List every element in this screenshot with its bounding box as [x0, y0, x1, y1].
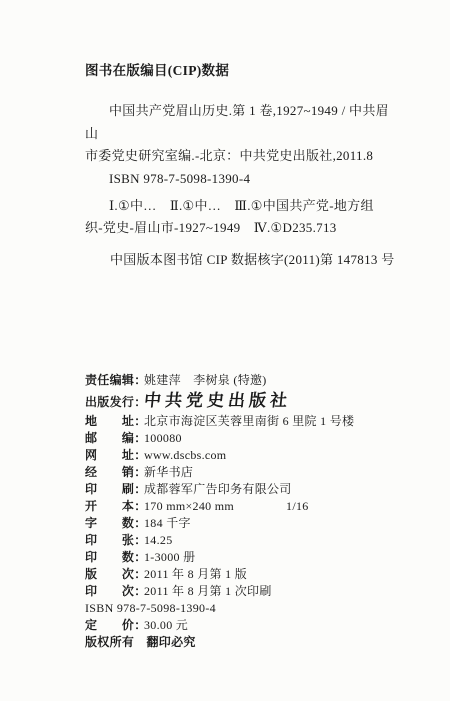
row-value: www.dscbs.com — [144, 448, 226, 462]
colophon-row-wordcount: 字 数：184 千字 — [85, 515, 450, 532]
row-label: 定 价： — [85, 617, 143, 634]
row-label: 地 址： — [85, 413, 143, 430]
colophon-row-format: 开 本：170 mm×240 mm1/16 — [85, 498, 450, 515]
colophon-row-printer: 印 刷：成都蓉军广告印务有限公司 — [85, 481, 450, 498]
cip-record-isbn: ISBN 978-7-5098-1390-4 — [85, 168, 395, 191]
colophon-row-impression: 印 次：2011 年 8 月第 1 次印刷 — [85, 583, 450, 600]
row-value: 100080 — [144, 431, 182, 445]
row-value: 30.00 元 — [144, 618, 188, 632]
colophon-row-website: 网 址：www.dscbs.com — [85, 447, 450, 464]
colophon-row-distributor: 经 销：新华书店 — [85, 464, 450, 481]
row-value: 2011 年 8 月第 1 版 — [144, 567, 247, 581]
row-value: 2011 年 8 月第 1 次印刷 — [144, 584, 272, 598]
row-value: 1-3000 册 — [144, 550, 195, 564]
cip-record-block: 中国共产党眉山历史.第 1 卷,1927~1949 / 中共眉山 市委党史研究室… — [85, 100, 395, 190]
row-label: 版 次： — [85, 566, 143, 583]
row-value: 170 mm×240 mm — [144, 499, 234, 513]
row-label: 印 刷： — [85, 481, 143, 498]
row-value: 姚建萍 李树泉 (特邀) — [144, 373, 267, 387]
cip-record-line-1: 中国共产党眉山历史.第 1 卷,1927~1949 / 中共眉山 — [85, 100, 395, 145]
colophon: 责任编辑：姚建萍 李树泉 (特邀) 出版发行：中共党史出版社 地 址：北京市海淀… — [85, 372, 450, 651]
row-label: 开 本： — [85, 498, 143, 515]
row-value: 184 千字 — [144, 516, 191, 530]
cip-header: 图书在版编目(CIP)数据 — [85, 0, 450, 79]
row-label: 印 数： — [85, 549, 143, 566]
copyright-notice: 版权所有 翻印必究 — [85, 635, 196, 649]
row-label: 印 张： — [85, 532, 143, 549]
isbn-text: ISBN 978-7-5098-1390-4 — [85, 601, 216, 615]
colophon-row-address: 地 址：北京市海淀区芙蓉里南街 6 里院 1 号楼 — [85, 413, 450, 430]
row-label: 邮 编： — [85, 430, 143, 447]
row-label: 责任编辑： — [85, 372, 143, 389]
cip-record-line-2: 市委党史研究室编.-北京：中共党史出版社,2011.8 — [85, 145, 395, 168]
cip-classification-block: Ⅰ.①中… Ⅱ.①中… Ⅲ.①中国共产党-地方组 织-党史-眉山市-1927~1… — [85, 195, 395, 239]
row-label: 出版发行： — [85, 390, 143, 414]
colophon-isbn: ISBN 978-7-5098-1390-4 — [85, 600, 450, 617]
row-value: 新华书店 — [144, 465, 193, 479]
colophon-row-editor: 责任编辑：姚建萍 李树泉 (特邀) — [85, 372, 450, 389]
row-label: 网 址： — [85, 447, 143, 464]
cip-record-number: 中国版本图书馆 CIP 数据核字(2011)第 147813 号 — [110, 249, 450, 271]
cip-classification-line-2: 织-党史-眉山市-1927~1949 Ⅳ.①D235.713 — [85, 217, 395, 239]
row-label: 印 次： — [85, 583, 143, 600]
colophon-row-edition: 版 次：2011 年 8 月第 1 版 — [85, 566, 450, 583]
row-value: 北京市海淀区芙蓉里南街 6 里院 1 号楼 — [144, 414, 354, 428]
row-value: 成都蓉军广告印务有限公司 — [144, 482, 292, 496]
row-value: 14.25 — [144, 533, 173, 547]
colophon-row-printrun: 印 数：1-3000 册 — [85, 549, 450, 566]
row-value-secondary: 1/16 — [286, 499, 309, 513]
colophon-row-price: 定 价：30.00 元 — [85, 617, 450, 634]
colophon-row-sheets: 印 张：14.25 — [85, 532, 450, 549]
row-label: 经 销： — [85, 464, 143, 481]
cip-classification-line-1: Ⅰ.①中… Ⅱ.①中… Ⅲ.①中国共产党-地方组 — [85, 195, 395, 217]
colophon-row-postcode: 邮 编：100080 — [85, 430, 450, 447]
publisher-logotype: 中共党史出版社 — [143, 389, 293, 413]
colophon-row-publisher: 出版发行：中共党史出版社 — [85, 389, 450, 413]
colophon-copyright: 版权所有 翻印必究 — [85, 634, 450, 651]
row-label: 字 数： — [85, 515, 143, 532]
copyright-page: 图书在版编目(CIP)数据 中国共产党眉山历史.第 1 卷,1927~1949 … — [0, 0, 450, 701]
